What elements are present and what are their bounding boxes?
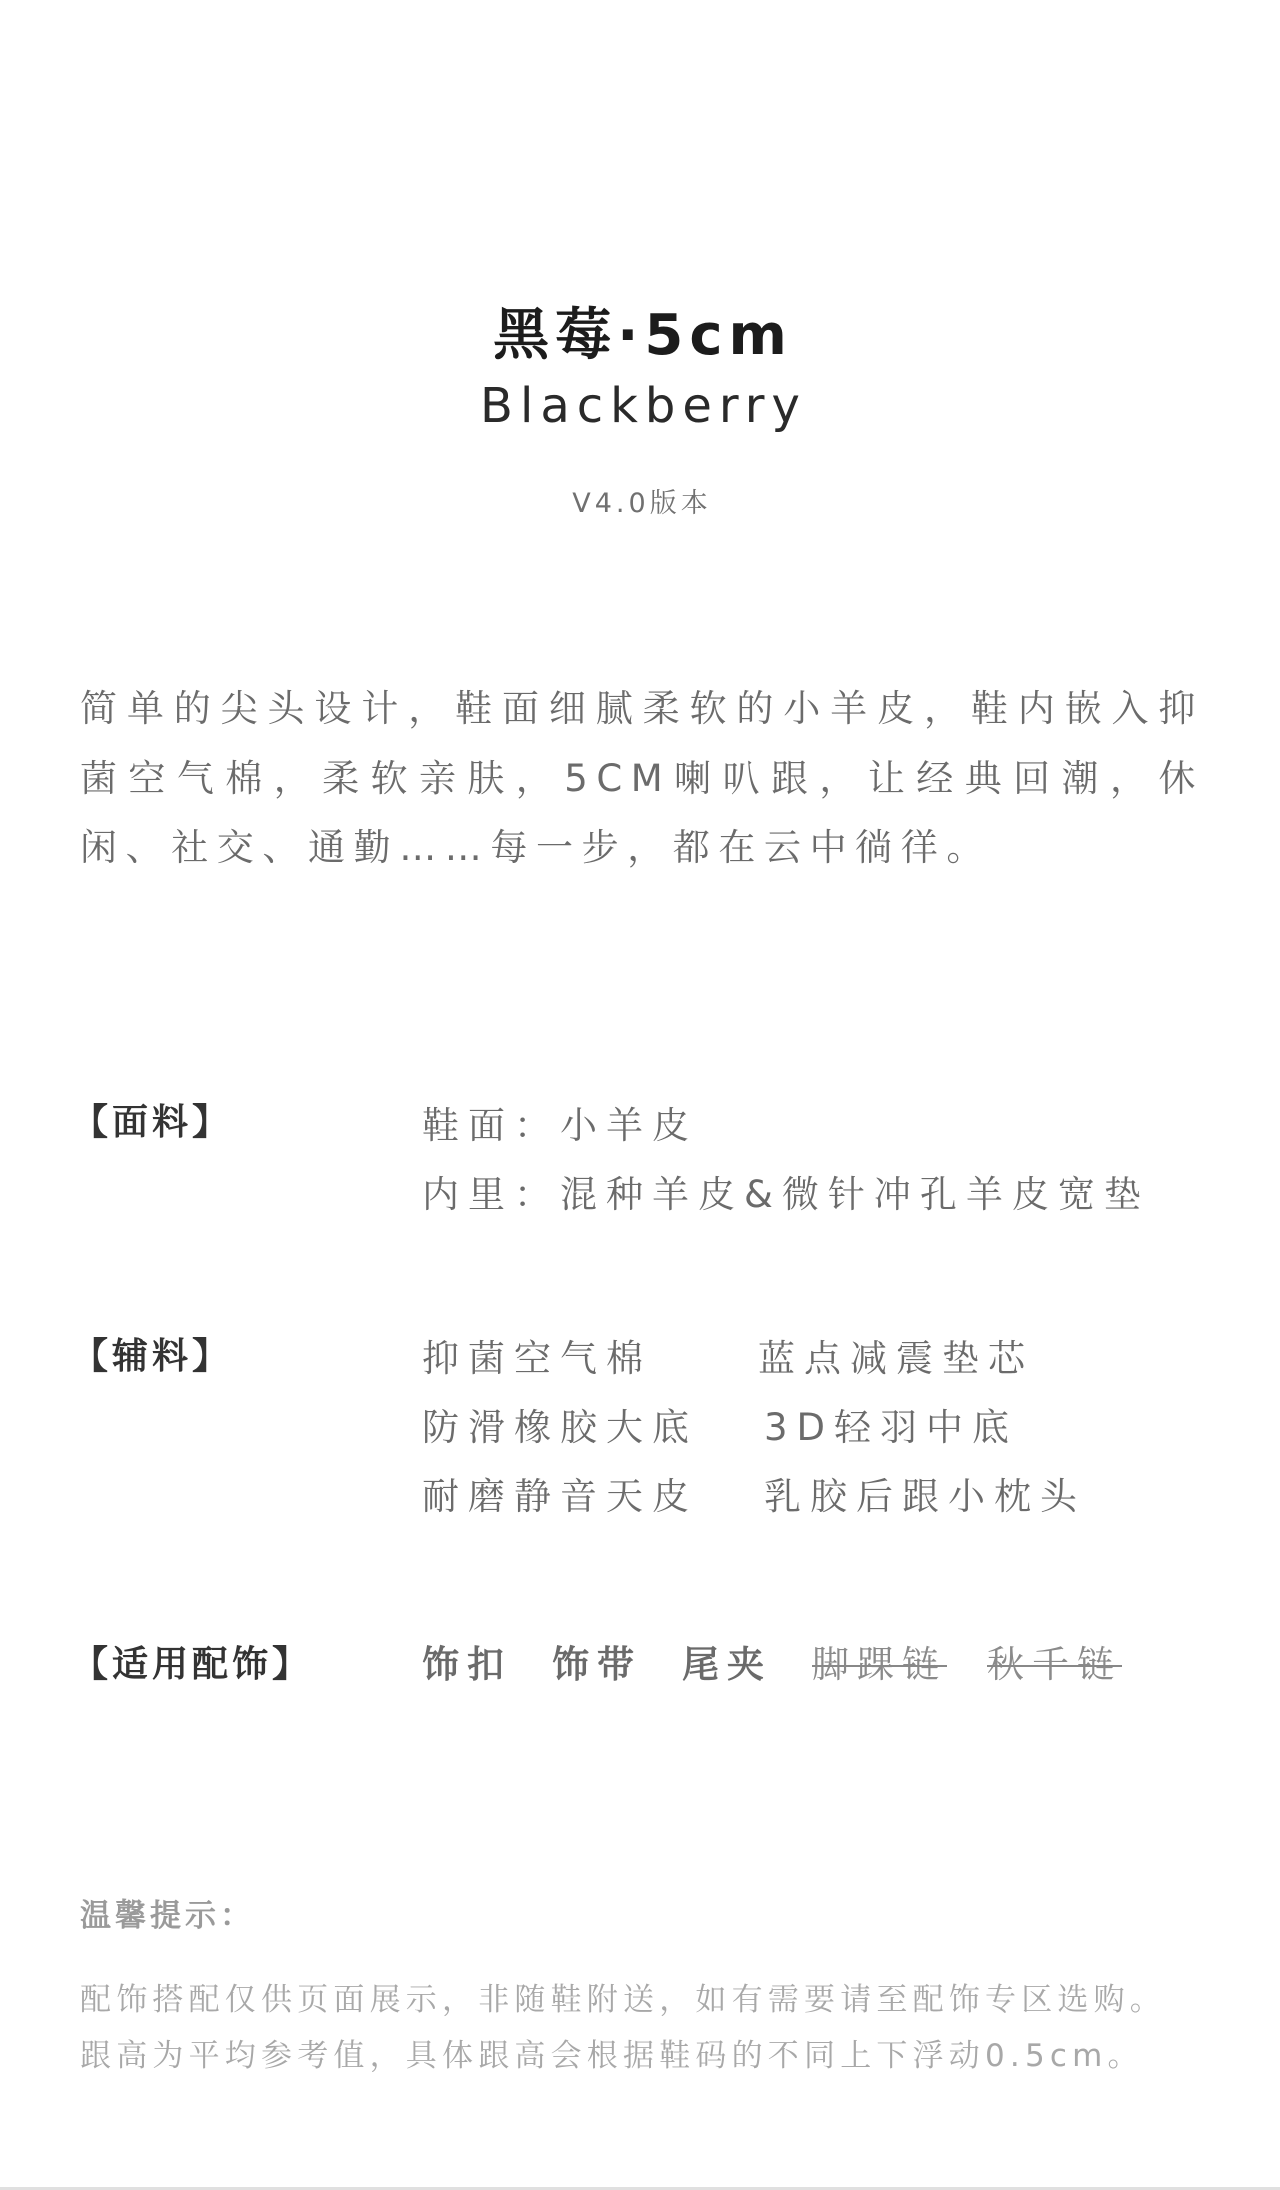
- notice-block: 温馨提示： 配饰搭配仅供页面展示，非随鞋附送，如有需要请至配饰专区选购。 跟高为…: [80, 1894, 1220, 2084]
- accessory-item-swing-chain: 秋千链: [987, 1640, 1122, 1690]
- spec-line-lining: 内里：混种羊皮&微针冲孔羊皮宽垫: [422, 1160, 1150, 1229]
- spec-item: 防滑橡胶大底: [422, 1393, 758, 1462]
- spec-line-upper: 鞋面：小羊皮: [422, 1091, 1150, 1160]
- product-subtitle: Blackberry: [0, 376, 1280, 436]
- spec-item: 3D轻羽中底: [758, 1393, 1086, 1462]
- accessory-item-anklet: 脚踝链: [812, 1640, 947, 1690]
- product-description: 简单的尖头设计，鞋面细腻柔软的小羊皮，鞋内嵌入抑菌空气棉，柔软亲肤，5CM喇叭跟…: [80, 674, 1204, 883]
- notice-body: 配饰搭配仅供页面展示，非随鞋附送，如有需要请至配饰专区选购。 跟高为平均参考值，…: [80, 1972, 1220, 2084]
- spec-label-accessory-materials: 【辅料】: [72, 1332, 232, 1382]
- accessory-item-buckle: 饰扣: [422, 1640, 512, 1690]
- notice-line: 跟高为平均参考值，具体跟高会根据鞋码的不同上下浮动0.5cm。: [80, 2028, 1220, 2084]
- spec-values-accessory-materials: 抑菌空气棉 蓝点减震垫芯 防滑橡胶大底 3D轻羽中底 耐磨静音天皮 乳胶后跟小枕…: [422, 1324, 1086, 1531]
- notice-title: 温馨提示：: [80, 1894, 1220, 1938]
- product-header: 黑莓·5cm Blackberry V4.0版本: [0, 296, 1280, 522]
- accessory-item-ribbon: 饰带: [552, 1640, 642, 1690]
- spec-label-material: 【面料】: [72, 1098, 232, 1148]
- spec-values-material: 鞋面：小羊皮 内里：混种羊皮&微针冲孔羊皮宽垫: [422, 1091, 1150, 1229]
- spec-item: 蓝点减震垫芯: [758, 1324, 1086, 1393]
- accessory-list: 饰扣 饰带 尾夹 脚踝链 秋千链: [422, 1640, 1162, 1690]
- notice-line: 配饰搭配仅供页面展示，非随鞋附送，如有需要请至配饰专区选购。: [80, 1972, 1220, 2028]
- version-label: V4.0版本: [0, 486, 1280, 522]
- spec-item: 抑菌空气棉: [422, 1324, 758, 1393]
- accessory-item-tail-clip: 尾夹: [682, 1640, 772, 1690]
- product-title: 黑莓·5cm: [0, 296, 1280, 376]
- spec-item: 耐磨静音天皮: [422, 1462, 758, 1531]
- spec-label-compatible-accessories: 【适用配饰】: [72, 1640, 312, 1690]
- spec-item: 乳胶后跟小枕头: [758, 1462, 1086, 1531]
